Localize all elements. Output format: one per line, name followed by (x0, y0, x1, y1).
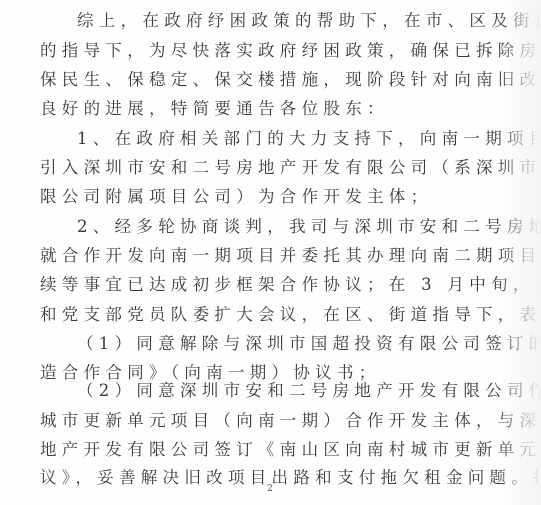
item-1-line-2: 引入深圳市安和二号房地产开发有限公司（系深圳市安居建业运营有 (40, 156, 480, 180)
paragraph-summary-line-4: 良好的进展，特简要通告各位股东： (40, 97, 480, 121)
subitem-2-line-4: 议》，妥善解决旧改项目出路和支付拖欠租金问题。按照框架合作协议 (40, 466, 480, 490)
item-2-line-3: 续等事宜已达成初步框架合作协议；在 3 月中旬，公司召开三会班子 (40, 273, 480, 297)
subitem-1-line-1: （1）同意解除与深圳市国超投资有限公司签订的《向南村旧对改 (77, 332, 480, 356)
item-2-line-2: 就合作开发向南一期项目并委托其办理向南二期项目相关政府审批手 (40, 244, 480, 268)
page-number: 2 (262, 484, 278, 494)
item-1-line-1: 1、在政府相关部门的大力支持下，向南一期项目以直接协议方式 (77, 127, 480, 151)
paragraph-summary-line-1: 综上，在政府纾困政策的帮助下，在市、区及街道相关政府部门 (77, 9, 480, 33)
item-2-line-1: 2、经多轮协商谈判，我司与深圳市安和二号房地产开发有限公司 (77, 215, 480, 239)
subitem-2-line-3: 地产开发有限公司签订《南山区向南村城市更新单元项目框架合作协 (40, 438, 480, 462)
paragraph-summary-line-3: 保民生、保稳定、保交楼措施，现阶段针对向南旧改项目工作已取得 (40, 68, 480, 92)
document-page: 综上，在政府纾困政策的帮助下，在市、区及街道相关政府部门 的指导下，为尽快落实政… (0, 0, 541, 505)
subitem-2-line-2: 城市更新单元项目（向南一期）合作开发主体，与深圳市安和二号房 (40, 409, 480, 433)
item-2-line-4: 和党支部党员队委扩大会议，在区、街道指导下，表决同意如下事项： (40, 303, 480, 327)
paragraph-summary-line-2: 的指导下，为尽快落实政府纾困政策，确保已拆除房屋旧改项目完成 (40, 39, 480, 63)
subitem-2-line-1: （2）同意深圳市安和二号房地产开发有限公司作为南山区向南村 (77, 379, 480, 403)
item-1-line-3: 限公司附属项目公司）为合作开发主体； (40, 185, 480, 209)
